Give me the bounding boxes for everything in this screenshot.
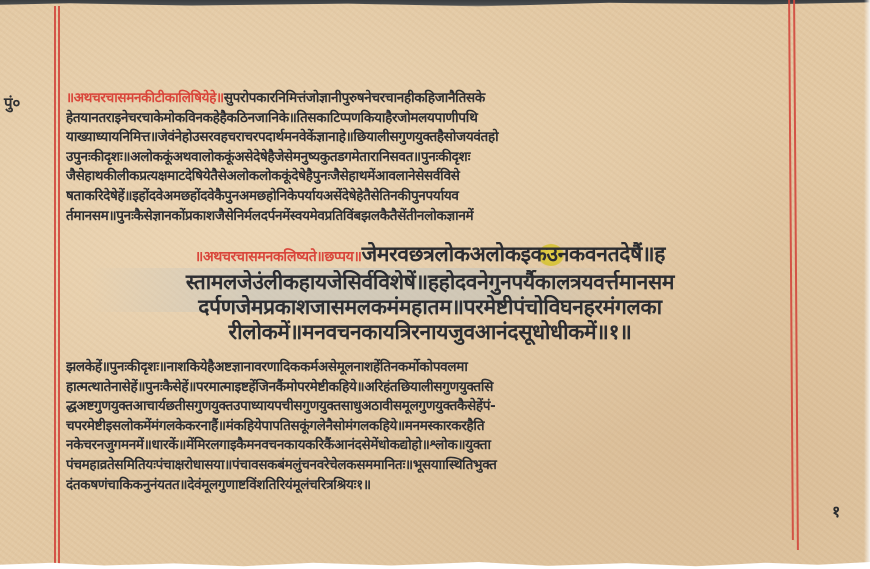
- text-line: र्तमानसम॥पुनःकैसेज्ञानकोंप्रकाशजैसेनिर्म…: [66, 207, 788, 227]
- margin-abbreviation: पुं०: [4, 93, 20, 113]
- text-line: झलकेहें॥पुनःकीदृशः॥नाशकियेहैअष्टज्ञानावर…: [66, 358, 788, 378]
- text-line: हेतयानतराइनेचरचाकेमोकविनकहेहैकठिनजानिके॥…: [66, 109, 788, 129]
- text-line: षताकरिदेषेहें॥इहोंदवेअमछहोंदवेकैपुनअमछहो…: [66, 187, 788, 207]
- text-line: उपुनःकीदृशः॥अलोककूंअथवालोककूंअसेदेषेहैजे…: [66, 148, 788, 168]
- text-span: जेमरवछत्रलोकअलोकइकउनकवनतदेषैं॥ह: [362, 242, 666, 266]
- torn-top-edge: [0, 0, 870, 8]
- text-line: जैसेहाथकीलीकप्रत्यक्षमाटदेषियेतैसेअलोकलो…: [66, 167, 788, 187]
- text-line: चपरमेष्टीइसलोकमेंमंगलकेकरनाहैं॥मंकहियेपा…: [66, 417, 788, 437]
- text-line: पंचमहाव्रतेसमितियःपंचाक्षरोधासया॥पंचावसक…: [66, 456, 788, 476]
- text-span: सुपरोपकारनिमित्तंजोज्ञानीपुरुषनेचरचानहीक…: [224, 90, 485, 106]
- torn-bottom-edge: [0, 555, 870, 569]
- section-commentary-2: झलकेहें॥पुनःकीदृशः॥नाशकियेहैअष्टज्ञानावर…: [66, 358, 788, 495]
- section-verse-chappay: ॥अथचरचासमनकलिष्यते॥छप्पय॥जेमरवछत्रलोकअलो…: [80, 242, 780, 345]
- section-commentary-1: ॥अथचरचासमनकीटीकालिषियेहे॥सुपरोपकारनिमित्…: [66, 89, 788, 226]
- text-line: रीलोकमें॥मनवचनकायत्रिरनायजुवआनंदसूधोधीकम…: [80, 320, 780, 345]
- text-line: याख्याध्यायनिमित्त॥जेवंनेहोउसरवहचराचरपदा…: [66, 128, 788, 148]
- rubric-heading: ॥अथचरचासमनकलिष्यते॥छप्पय॥: [195, 249, 362, 265]
- text-line: हात्मत्थातेनासेहें॥पुनःकैसेहें॥परमात्माइ…: [66, 378, 788, 398]
- text-line: स्तामलजेउंलीकहायजेसिर्वविशेषें॥हहोदवनेगु…: [80, 270, 780, 295]
- manuscript-page: पुं० ॥अथचरचासमनकीटीकालिषियेहे॥सुपरोपकारन…: [0, 0, 870, 569]
- left-margin-rule-outer: [54, 6, 56, 569]
- right-margin-rule-inner: [793, 0, 799, 550]
- left-margin-rule-inner: [58, 6, 60, 569]
- text-line: ॥अथचरचासमनकीटीकालिषियेहे॥सुपरोपकारनिमित्…: [66, 89, 788, 109]
- text-line: दंतकषणंचाकिकनुनंयतत॥देवंमूलगुणाष्टविंशति…: [66, 476, 788, 496]
- rubric-heading: ॥अथचरचासमनकीटीकालिषियेहे॥: [66, 90, 224, 106]
- text-line: ॥अथचरचासमनकलिष्यते॥छप्पय॥जेमरवछत्रलोकअलो…: [80, 242, 780, 270]
- text-line: नकेचरनजुगमनमें॥धारकें॥मेंमिरलगाइकैमनवचनक…: [66, 436, 788, 456]
- text-line: दर्पणजेमप्रकाशजासमलकमंमहातम॥परमेष्टीपंचो…: [80, 295, 780, 320]
- text-line: द्धअष्टगुणयुक्तआचार्यछतीसगुणयुक्तउपाध्या…: [66, 397, 788, 417]
- right-page-edge: [864, 0, 870, 569]
- folio-number: १: [832, 500, 840, 522]
